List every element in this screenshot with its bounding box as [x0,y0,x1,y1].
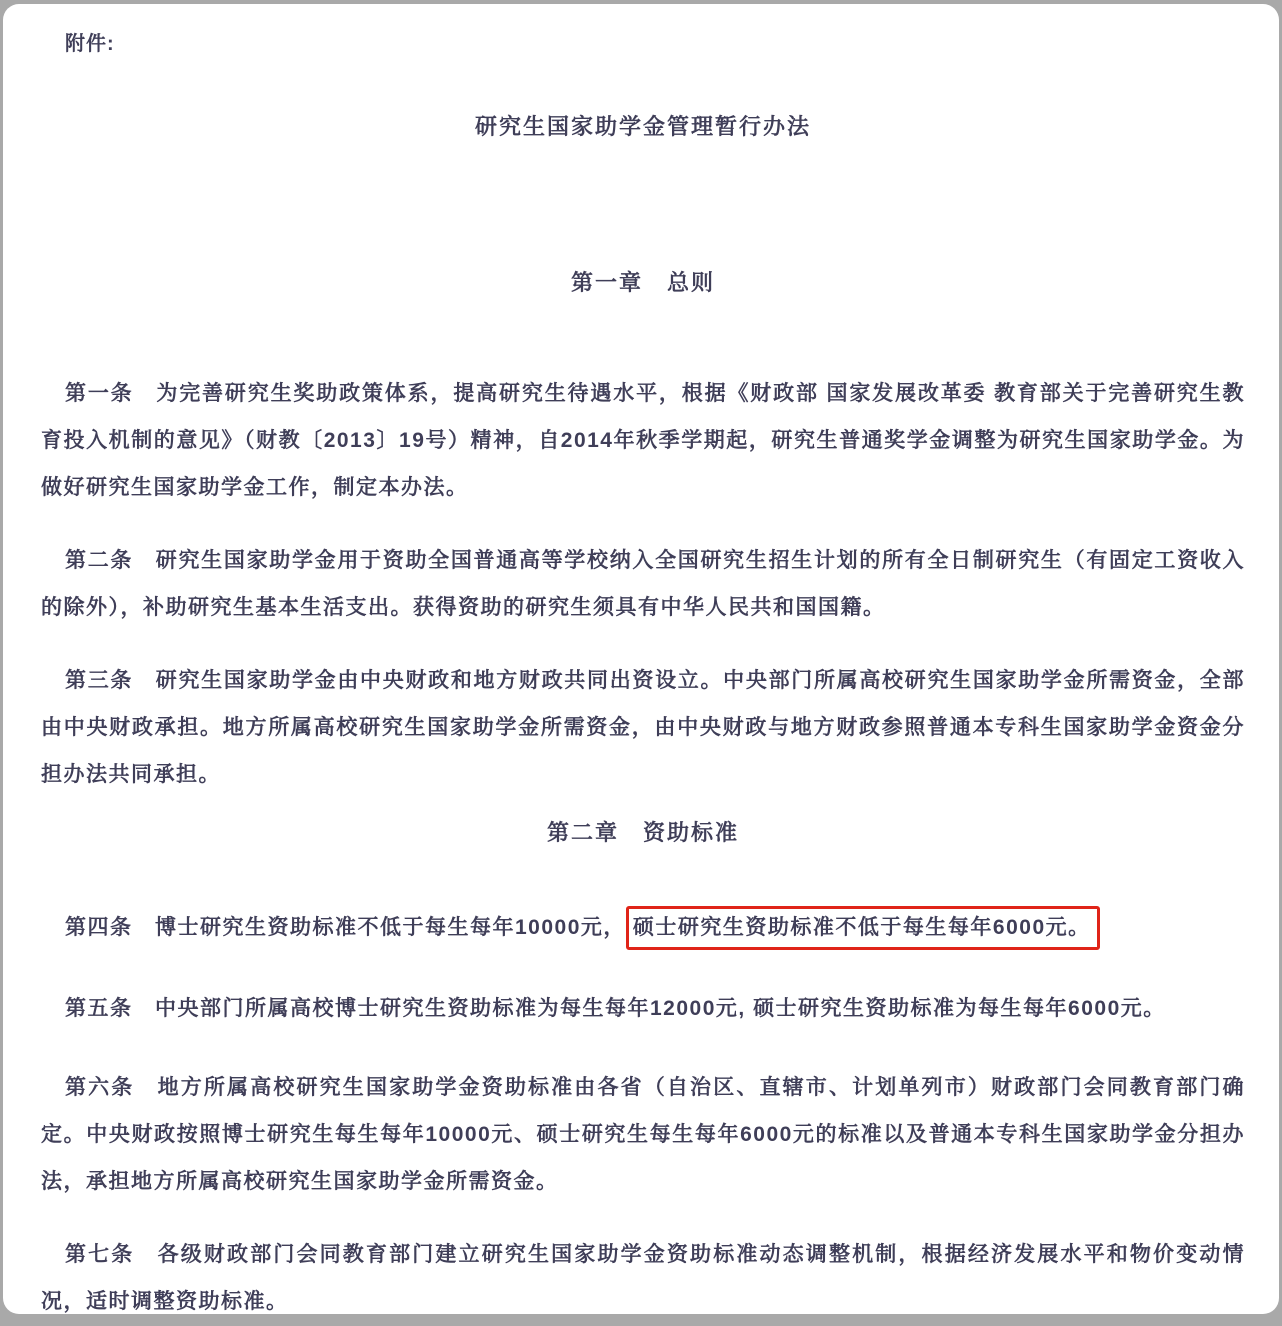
attachment-label: 附件: [41,30,1245,58]
article-1-text: 第一条 为完善研究生奖助政策体系，提高研究生待遇水平，根据《财政部 国家发展改革… [41,370,1245,511]
article-4-highlight-box: 硕士研究生资助标准不低于每生每年6000元。 [626,906,1100,950]
article-4-leading-text: 第四条 博士研究生资助标准不低于每生每年10000元， [65,916,626,939]
article-6-text: 第六条 地方所属高校研究生国家助学金资助标准由各省（自治区、直辖市、计划单列市）… [41,1064,1245,1205]
article-5-text: 第五条 中央部门所属高校博士研究生资助标准为每生每年12000元, 硕士研究生资… [41,985,1245,1032]
document-page: 附件: 研究生国家助学金管理暂行办法 第一章 总则 第一条 为完善研究生奖助政策… [3,4,1279,1314]
chapter-2-heading: 第二章 资助标准 [41,818,1245,848]
article-3-text: 第三条 研究生国家助学金由中央财政和地方财政共同出资设立。中央部门所属高校研究生… [41,657,1245,798]
document-title: 研究生国家助学金管理暂行办法 [41,112,1245,142]
article-4-text: 第四条 博士研究生资助标准不低于每生每年10000元，硕士研究生资助标准不低于每… [41,904,1245,951]
chapter-1-heading: 第一章 总则 [41,268,1245,298]
article-7-text: 第七条 各级财政部门会同教育部门建立研究生国家助学金资助标准动态调整机制，根据经… [41,1231,1245,1314]
article-2-text: 第二条 研究生国家助学金用于资助全国普通高等学校纳入全国研究生招生计划的所有全日… [41,537,1245,631]
